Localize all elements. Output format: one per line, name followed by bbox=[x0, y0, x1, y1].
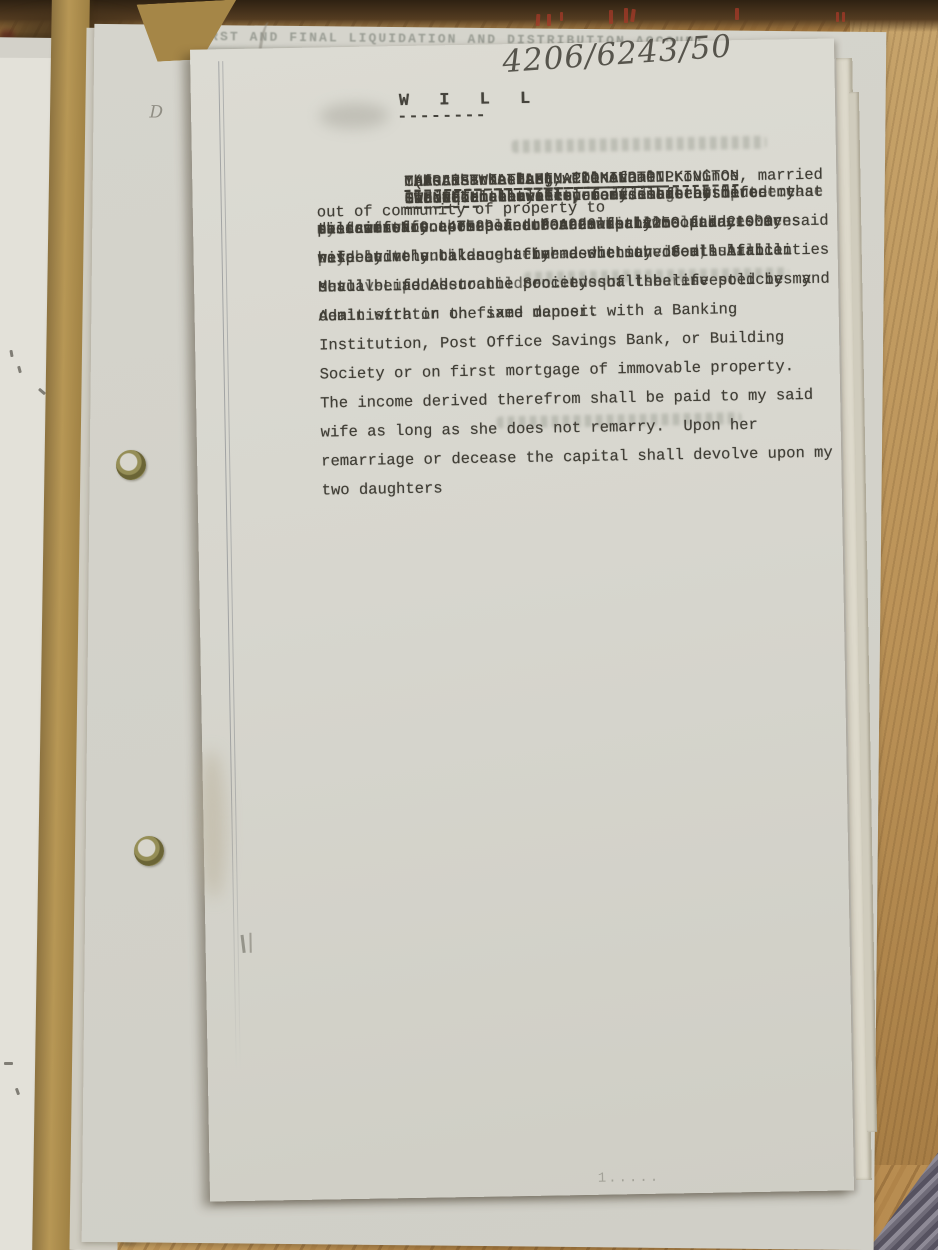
red-check-mark bbox=[624, 8, 628, 23]
red-check-mark bbox=[560, 12, 563, 21]
pencil-letter: D bbox=[149, 102, 163, 122]
red-check-mark bbox=[536, 14, 541, 26]
red-check-mark bbox=[842, 12, 845, 22]
will-paragraph: This is the last will of me CHARLES WILL… bbox=[228, 161, 830, 172]
archive-photo: FIRST AND FINAL LIQUIDATION AND DISTRIBU… bbox=[0, 0, 938, 1250]
red-check-mark bbox=[547, 14, 551, 26]
title-underline: -------- bbox=[397, 107, 487, 128]
bleed-through-text bbox=[512, 136, 767, 153]
margin-rule bbox=[218, 61, 237, 1071]
pencil-dash bbox=[4, 1062, 13, 1065]
paper-stain bbox=[319, 102, 389, 129]
red-check-mark bbox=[735, 8, 739, 20]
margin-pencil-mark bbox=[249, 933, 251, 953]
brass-eyelet-bottom bbox=[134, 836, 164, 866]
will-body: This is the last will of me CHARLES WILL… bbox=[228, 161, 830, 189]
margin-rule bbox=[222, 61, 241, 1071]
footer-page-mark: 1..... bbox=[598, 1170, 661, 1187]
margin-pencil-mark bbox=[241, 935, 246, 953]
red-check-mark bbox=[836, 12, 839, 22]
brass-eyelet-top bbox=[116, 450, 146, 480]
will-document-page: 4206/6243/50 W I L L -------- This is th… bbox=[190, 38, 854, 1201]
red-check-mark bbox=[609, 10, 613, 24]
